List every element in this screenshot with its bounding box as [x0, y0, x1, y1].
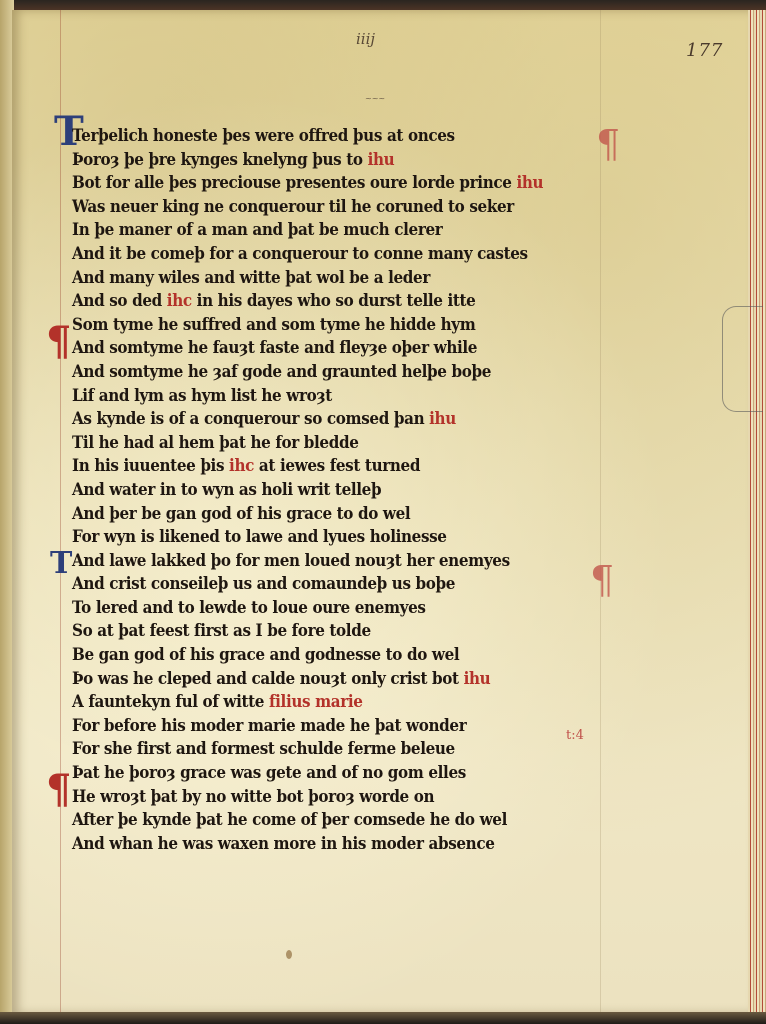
text-line-28: Þat he þoroȝ grace was gete and of no go… — [72, 761, 624, 785]
text-line-3: Bot for alle þes preciouse presentes our… — [72, 171, 624, 195]
stain-spot — [286, 950, 292, 959]
text-line-31: And whan he was waxen more in his moder … — [72, 832, 624, 856]
rubric-ihu: ihu — [516, 173, 543, 192]
text-line-13: As kynde is of a conquerour so comsed þa… — [72, 407, 624, 431]
text-line-25: A fauntekyn ful of witte filius marie — [72, 690, 624, 714]
text-line-15: In his iuuentee þis ihc at iewes fest tu… — [72, 454, 624, 478]
ruling-line-left — [60, 10, 61, 1014]
rubric-ihu: ihu — [464, 669, 491, 688]
rubric-ihc: ihc — [167, 291, 192, 310]
text-line-26: For before his moder marie made he þat w… — [72, 714, 624, 738]
text-line-1: Terþelich honeste þes were offred þus at… — [72, 124, 624, 148]
text-line-4: Was neuer king ne conquerour til he coru… — [72, 195, 624, 219]
text-line-11: And somtyme he ȝaf gode and graunted hel… — [72, 360, 624, 384]
binding-bottom-edge — [0, 1012, 766, 1024]
quire-signature: iiij — [356, 30, 375, 48]
text-line-30: After þe kynde þat he come of þer comsed… — [72, 808, 624, 832]
text-line-8: And so ded ihc in his dayes who so durst… — [72, 289, 624, 313]
text-line-18: For wyn is likened to lawe and lyues hol… — [72, 525, 624, 549]
page-edge-strips — [748, 10, 766, 1014]
text-line-7: And many wiles and witte þat wol be a le… — [72, 266, 624, 290]
text-line-22: So at þat feest first as I be fore tolde — [72, 619, 624, 643]
text-line-6: And it be comeþ for a conquerour to conn… — [72, 242, 624, 266]
text-line-27: For she first and formest schulde ferme … — [72, 737, 624, 761]
text-line-20: And crist conseileþ us and comaundeþ us … — [72, 572, 624, 596]
rubric-filius-marie: filius marie — [269, 692, 363, 711]
text-line-12: Lif and lym as hym list he wroȝt — [72, 384, 624, 408]
rubric-ihu: ihu — [368, 150, 395, 169]
text-line-5: In þe maner of a man and þat be much cle… — [72, 218, 624, 242]
paragraph-mark-red-2: ¶ — [46, 766, 71, 813]
text-line-23: Be gan god of his grace and godnesse to … — [72, 643, 624, 667]
text-line-21: To lered and to lewde to loue oure enemy… — [72, 596, 624, 620]
page-clip — [722, 306, 763, 412]
text-line-14: Til he had al hem þat he for bledde — [72, 431, 624, 455]
text-line-9: Som tyme he suffred and som tyme he hidd… — [72, 313, 624, 337]
rubric-ihc: ihc — [229, 456, 254, 475]
text-line-29: He wroȝt þat by no witte bot þoroȝ worde… — [72, 785, 624, 809]
text-line-16: And water in to wyn as holi writ telleþ — [72, 478, 624, 502]
folio-number: 177 — [686, 40, 723, 61]
decorated-initial-blue-2: T — [50, 546, 72, 581]
text-line-10: And somtyme he fauȝt faste and fleyȝe oþ… — [72, 336, 624, 360]
text-line-24: Þo was he cleped and calde nouȝt only cr… — [72, 667, 624, 691]
text-line-19: And lawe lakked þo for men loued nouȝt h… — [72, 549, 624, 573]
text-block: Terþelich honeste þes were offred þus at… — [72, 124, 672, 855]
text-line-17: And þer be gan god of his grace to do we… — [72, 502, 624, 526]
paragraph-mark-red: ¶ — [46, 318, 71, 365]
rubric-ihu: ihu — [429, 409, 456, 428]
ink-smudge: ~~~ — [365, 94, 385, 103]
text-line-2: Þoroȝ þe þre kynges knelyng þus to ihu — [72, 148, 624, 172]
